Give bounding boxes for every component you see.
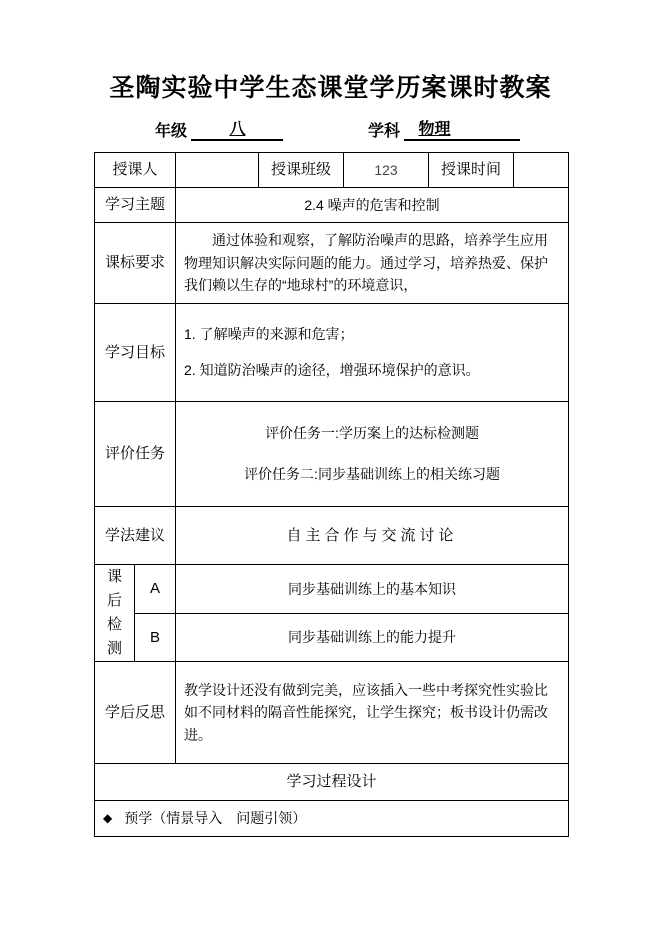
process-section-title-cell: 学习过程设计 [95,764,569,801]
subject-value: 物理 [418,121,450,138]
time-label-cell: 授课时间 [429,153,514,188]
task-line-1: 评价任务一:学历案上的达标检测题 [184,413,560,454]
homework-label-cell: 课 后 检 测 [95,565,135,662]
homework-b-label-cell: B [135,614,176,662]
table-row-homework-b: B 同步基础训练上的能力提升 [95,614,569,662]
grade-value: 八 [229,121,245,138]
teacher-label-cell: 授课人 [95,153,176,188]
topic-label-cell: 学习主题 [95,188,176,223]
meta-row: 年级 八 学科 物理 [0,116,661,148]
time-value-cell [514,153,569,188]
tasks-value-cell: 评价任务一:学历案上的达标检测题 评价任务二:同步基础训练上的相关练习题 [176,402,569,507]
method-label-cell: 学法建议 [95,507,176,565]
teacher-value-cell [176,153,259,188]
homework-b-value-cell: 同步基础训练上的能力提升 [176,614,569,662]
table-row-reflection: 学后反思 教学设计还没有做到完美，应该插入一些中考探究性实验比如不同材料的隔音性… [95,662,569,764]
grade-label: 年级 [155,123,187,140]
subject-field: 学科 物理 [368,116,520,141]
grade-field: 年级 八 [155,116,283,141]
subject-label: 学科 [368,123,400,140]
class-value-cell: 123 [344,153,429,188]
task-line-2: 评价任务二:同步基础训练上的相关练习题 [184,454,560,495]
standard-label-cell: 课标要求 [95,223,176,304]
preview-item-cell: ◆预学（情景导入 问题引领） [95,801,569,837]
preview-item-text: 预学（情景导入 问题引领） [124,810,306,826]
table-row-header: 授课人 授课班级 123 授课时间 [95,153,569,188]
reflection-value-cell: 教学设计还没有做到完美，应该插入一些中考探究性实验比如不同材料的隔音性能探究，让… [176,662,569,764]
method-value-cell: 自主合作与交流讨论 [176,507,569,565]
table-row-topic: 学习主题 2.4 噪声的危害和控制 [95,188,569,223]
objective-line-1: 1. 了解噪声的来源和危害； [184,317,560,353]
objectives-value-cell: 1. 了解噪声的来源和危害； 2. 知道防治噪声的途径，增强环境保护的意识。 [176,304,569,402]
table-row-method: 学法建议 自主合作与交流讨论 [95,507,569,565]
table-row-preview: ◆预学（情景导入 问题引领） [95,801,569,837]
table-row-process-title: 学习过程设计 [95,764,569,801]
homework-a-value-cell: 同步基础训练上的基本知识 [176,565,569,614]
grade-blank: 八 [191,116,283,141]
class-label-cell: 授课班级 [259,153,344,188]
tasks-label-cell: 评价任务 [95,402,176,507]
lesson-plan-table: 授课人 授课班级 123 授课时间 学习主题 2.4 噪声的危害和控制 课标要求… [94,152,569,837]
standard-value-cell: 通过体验和观察，了解防治噪声的思路，培养学生应用物理知识解决实际问题的能力。通过… [176,223,569,304]
objective-line-2: 2. 知道防治噪声的途径，增强环境保护的意识。 [184,353,560,389]
page-title: 圣陶实验中学生态课堂学历案课时教案 [0,0,661,104]
subject-blank: 物理 [404,116,520,141]
reflection-label-cell: 学后反思 [95,662,176,764]
homework-a-label-cell: A [135,565,176,614]
table-row-homework-a: 课 后 检 测 A 同步基础训练上的基本知识 [95,565,569,614]
table-row-standard: 课标要求 通过体验和观察，了解防治噪声的思路，培养学生应用物理知识解决实际问题的… [95,223,569,304]
document-page: 圣陶实验中学生态课堂学历案课时教案 年级 八 学科 物理 授课人 授课班级 12… [0,0,661,935]
topic-value-cell: 2.4 噪声的危害和控制 [176,188,569,223]
table-row-objectives: 学习目标 1. 了解噪声的来源和危害； 2. 知道防治噪声的途径，增强环境保护的… [95,304,569,402]
table-row-tasks: 评价任务 评价任务一:学历案上的达标检测题 评价任务二:同步基础训练上的相关练习… [95,402,569,507]
diamond-bullet-icon: ◆ [103,809,112,828]
objectives-label-cell: 学习目标 [95,304,176,402]
